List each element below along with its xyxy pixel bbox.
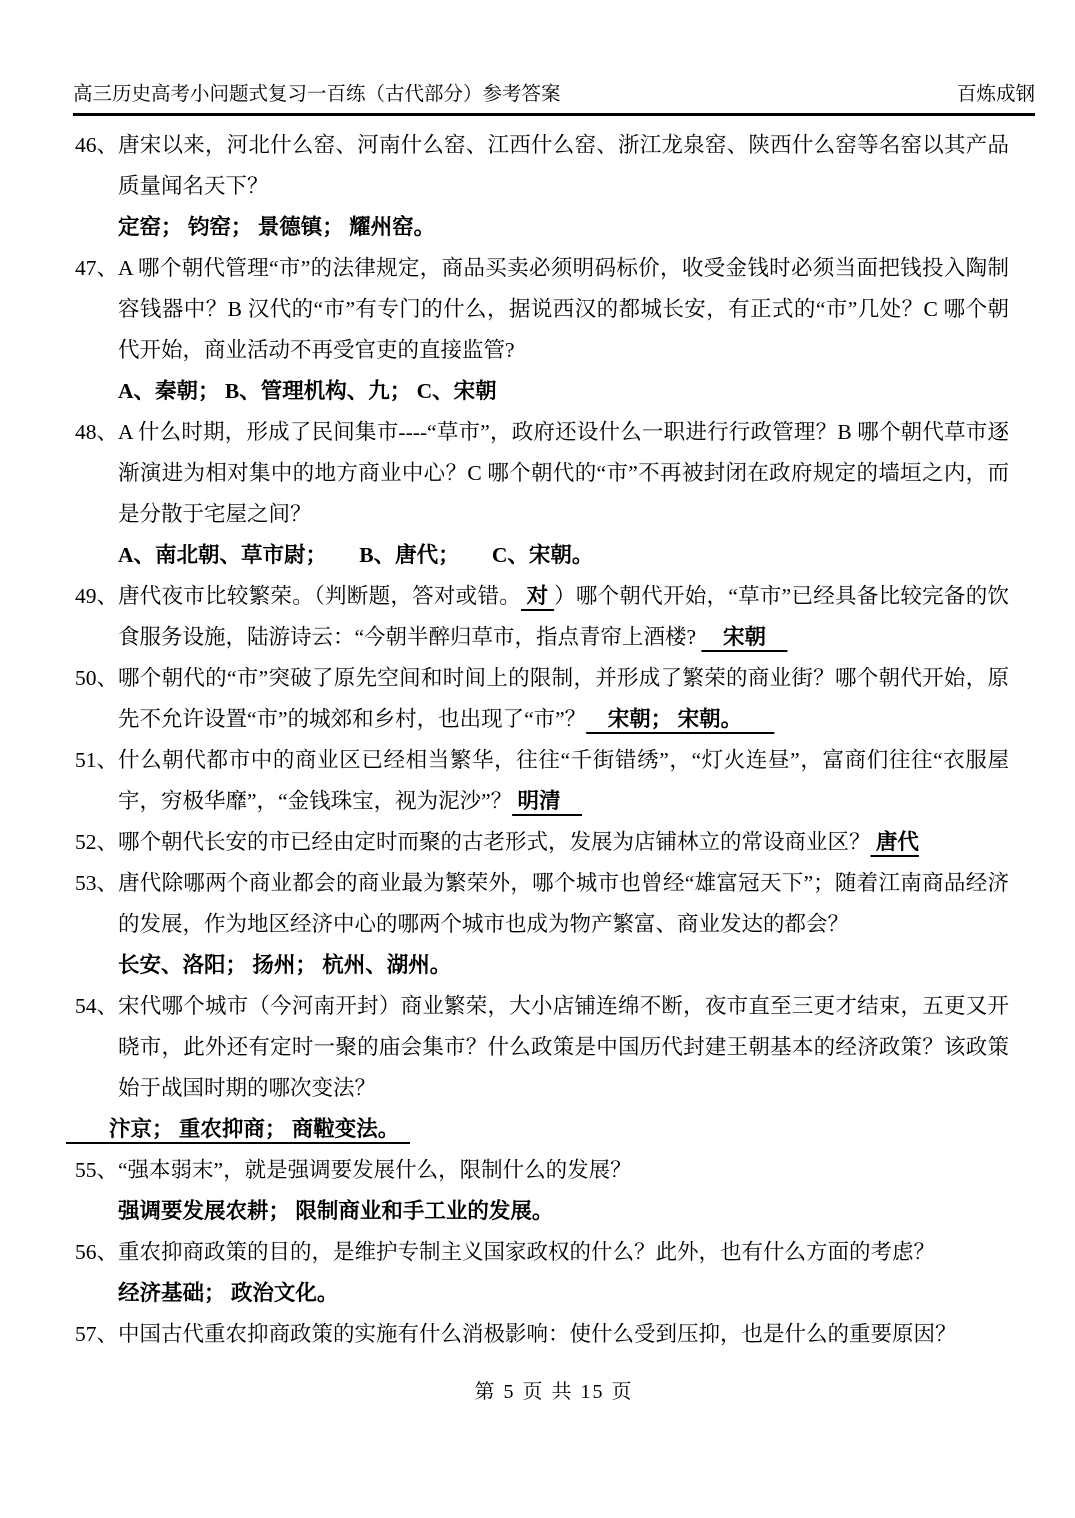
- answer-text: 汴京； 重农抑商； 商鞡变法。: [66, 1109, 1009, 1150]
- question-segment: 中国古代重农抑商政策的实施有什么消极影响：使什么受到压抑，也是什么的重要原因？: [118, 1322, 957, 1346]
- qa-item: 46、唐宋以来，河北什么窑、河南什么窑、江西什么窑、浙江龙泉窑、陕西什么窑等名窑…: [73, 125, 1009, 248]
- qa-item: 56、重农抑商政策的目的，是维护专制主义国家政权的什么？此外，也有什么方面的考虑…: [73, 1232, 1009, 1314]
- question-segment: 重农抑商政策的目的，是维护专制主义国家政权的什么？此外，也有什么方面的考虑？: [118, 1240, 935, 1264]
- item-number: 48、: [75, 412, 118, 453]
- question-text: A 什么时期，形成了民间集市----“草市”，政府还设什么一职进行行政管理？B …: [118, 420, 1009, 526]
- item-number: 55、: [75, 1150, 118, 1191]
- answer-text: A、秦朝； B、管理机构、九； C、宋朝: [118, 371, 1009, 412]
- question-text: 哪个朝代长安的市已经由定时而聚的古老形式，发展为店铺林立的常设商业区？ 唐代: [118, 830, 919, 854]
- page-header: 高三历史高考小问题式复习一百练（古代部分）参考答案 百炼成钢: [73, 84, 1035, 116]
- question-segment: A 哪个朝代管理“市”的法律规定，商品买卖必须明码标价，收受金钱时必须当面把钱投…: [118, 256, 1009, 362]
- page-number: 第 5 页 共 15 页: [73, 1375, 1035, 1404]
- answer-text: 定窑； 钧窑； 景德镇； 耀州窑。: [118, 207, 1009, 248]
- answer-text: 长安、洛阳； 扬州； 杭州、湖州。: [118, 945, 1009, 986]
- question-text: 重农抑商政策的目的，是维护专制主义国家政权的什么？此外，也有什么方面的考虑？: [118, 1240, 935, 1264]
- item-number: 50、: [75, 658, 118, 699]
- question-segment: A 什么时期，形成了民间集市----“草市”，政府还设什么一职进行行政管理？B …: [118, 420, 1009, 526]
- answer-text: 经济基础； 政治文化。: [118, 1273, 1009, 1314]
- answer-inline: 唐代: [871, 830, 919, 854]
- qa-item: 57、中国古代重农抑商政策的实施有什么消极影响：使什么受到压抑，也是什么的重要原…: [73, 1314, 1009, 1355]
- question-segment: 唐代夜市比较繁荣。（判断题，答对或错。: [118, 584, 521, 608]
- item-number: 57、: [75, 1314, 118, 1355]
- answer-text: A、南北朝、草市尉； B、唐代； C、宋朝。: [118, 535, 1009, 576]
- qa-item: 53、唐代除哪两个商业都会的商业最为繁荣外，哪个城市也曾经“雄富冠天下”；随着江…: [73, 863, 1009, 986]
- question-text: “强本弱末”，就是强调要发展什么，限制什么的发展？: [118, 1158, 632, 1182]
- question-text: 中国古代重农抑商政策的实施有什么消极影响：使什么受到压抑，也是什么的重要原因？: [118, 1322, 957, 1346]
- question-segment: 哪个朝代的“市”突破了原先空间和时间上的限制，并形成了繁荣的商业街？哪个朝代开始…: [118, 666, 1009, 731]
- qa-item: 55、“强本弱末”，就是强调要发展什么，限制什么的发展？强调要发展农耕； 限制商…: [73, 1150, 1009, 1232]
- question-text: 唐代夜市比较繁荣。（判断题，答对或错。 对 ）哪个朝代开始，“草市”已经具备比较…: [118, 584, 1009, 649]
- question-text: A 哪个朝代管理“市”的法律规定，商品买卖必须明码标价，收受金钱时必须当面把钱投…: [118, 256, 1009, 362]
- item-number: 47、: [75, 248, 118, 289]
- qa-item: 50、哪个朝代的“市”突破了原先空间和时间上的限制，并形成了繁荣的商业街？哪个朝…: [73, 658, 1009, 740]
- question-text: 唐代除哪两个商业都会的商业最为繁荣外，哪个城市也曾经“雄富冠天下”；随着江南商品…: [118, 871, 1009, 936]
- question-segment: 哪个朝代长安的市已经由定时而聚的古老形式，发展为店铺林立的常设商业区？: [118, 830, 871, 854]
- qa-item: 51、什么朝代都市中的商业区已经相当繁华，往往“千街错绣”，“灯火连昼”，富商们…: [73, 740, 1009, 822]
- qa-list: 46、唐宋以来，河北什么窑、河南什么窑、江西什么窑、浙江龙泉窑、陕西什么窑等名窑…: [73, 125, 1035, 1355]
- answer-inline: 对: [521, 584, 554, 608]
- item-number: 51、: [75, 740, 118, 781]
- item-number: 54、: [75, 986, 118, 1027]
- question-segment: 宋代哪个城市（今河南开封）商业繁荣，大小店铺连绵不断，夜市直至三更才结束，五更又…: [118, 994, 1009, 1100]
- header-title: 高三历史高考小问题式复习一百练（古代部分）参考答案: [73, 84, 561, 106]
- qa-item: 48、A 什么时期，形成了民间集市----“草市”，政府还设什么一职进行行政管理…: [73, 412, 1009, 576]
- answer-inline: 明清: [512, 789, 582, 813]
- item-number: 52、: [75, 822, 118, 863]
- item-number: 46、: [75, 125, 118, 166]
- question-text: 宋代哪个城市（今河南开封）商业繁荣，大小店铺连绵不断，夜市直至三更才结束，五更又…: [118, 994, 1009, 1100]
- qa-item: 47、A 哪个朝代管理“市”的法律规定，商品买卖必须明码标价，收受金钱时必须当面…: [73, 248, 1009, 412]
- answer-inline: 宋朝: [701, 625, 787, 649]
- question-text: 哪个朝代的“市”突破了原先空间和时间上的限制，并形成了繁荣的商业街？哪个朝代开始…: [118, 666, 1009, 731]
- item-number: 56、: [75, 1232, 118, 1273]
- question-text: 什么朝代都市中的商业区已经相当繁华，往往“千街错绣”，“灯火连昼”，富商们往往“…: [118, 748, 1009, 813]
- document-page: 高三历史高考小问题式复习一百练（古代部分）参考答案 百炼成钢 46、唐宋以来，河…: [0, 0, 1075, 1518]
- question-segment: 唐宋以来，河北什么窑、河南什么窑、江西什么窑、浙江龙泉窑、陕西什么窑等名窑以其产…: [118, 133, 1009, 198]
- question-segment: 唐代除哪两个商业都会的商业最为繁荣外，哪个城市也曾经“雄富冠天下”；随着江南商品…: [118, 871, 1009, 936]
- header-brand: 百炼成钢: [957, 84, 1035, 106]
- qa-item: 49、唐代夜市比较繁荣。（判断题，答对或错。 对 ）哪个朝代开始，“草市”已经具…: [73, 576, 1009, 658]
- answer-text: 强调要发展农耕； 限制商业和手工业的发展。: [118, 1191, 1009, 1232]
- answer-inline: 宋朝； 宋朝。: [586, 707, 774, 731]
- item-number: 49、: [75, 576, 118, 617]
- item-number: 53、: [75, 863, 118, 904]
- question-segment: “强本弱末”，就是强调要发展什么，限制什么的发展？: [118, 1158, 632, 1182]
- qa-item: 54、宋代哪个城市（今河南开封）商业繁荣，大小店铺连绵不断，夜市直至三更才结束，…: [73, 986, 1009, 1150]
- question-text: 唐宋以来，河北什么窑、河南什么窑、江西什么窑、浙江龙泉窑、陕西什么窑等名窑以其产…: [118, 133, 1009, 198]
- qa-item: 52、哪个朝代长安的市已经由定时而聚的古老形式，发展为店铺林立的常设商业区？ 唐…: [73, 822, 1009, 863]
